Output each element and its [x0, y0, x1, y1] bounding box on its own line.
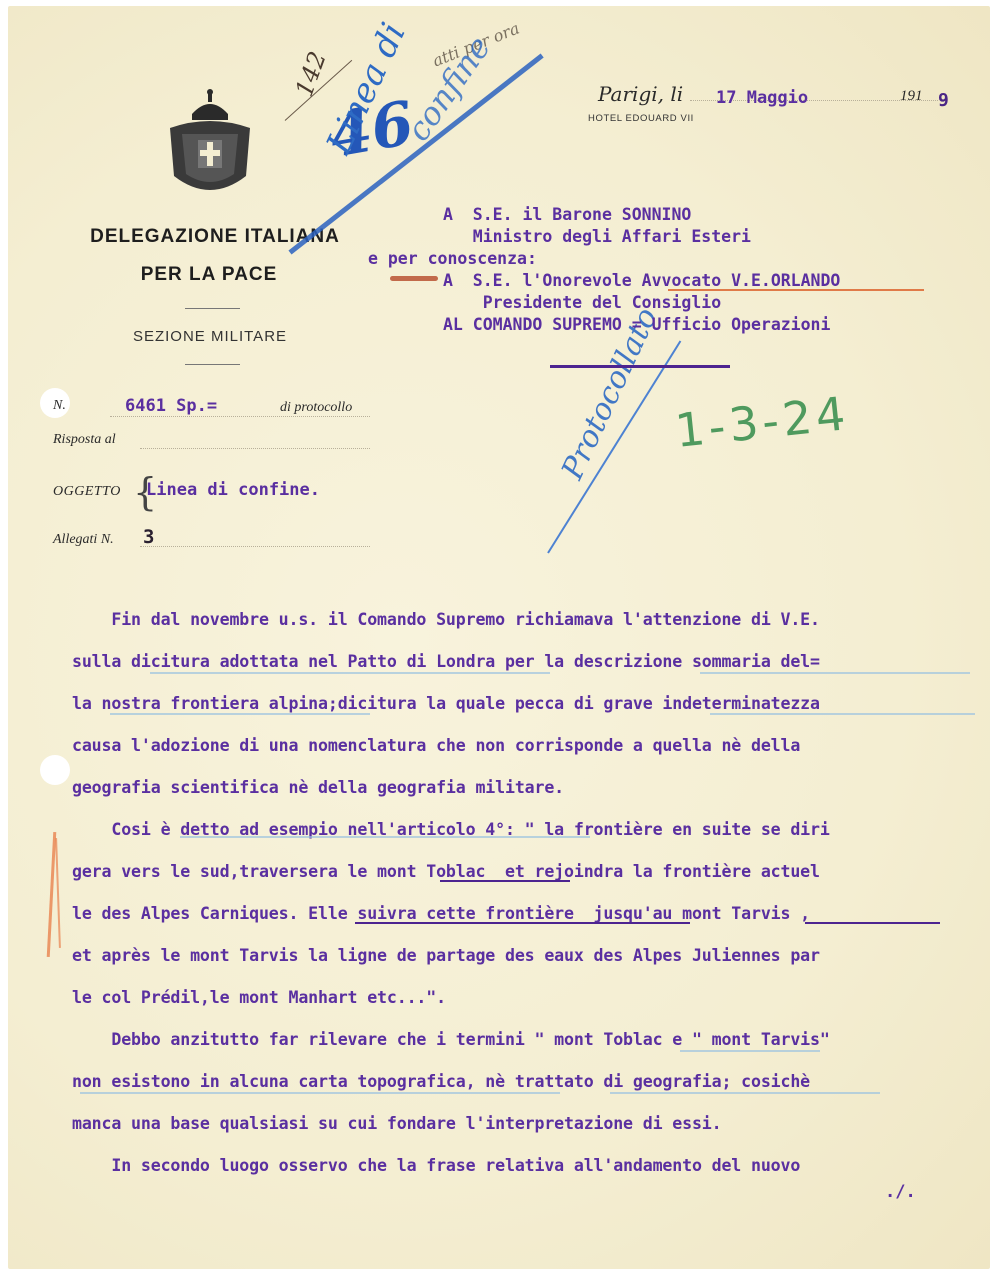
protocol-line	[110, 416, 370, 417]
protocol-label: di protocollo	[280, 400, 352, 416]
body-line: Debbo anzitutto far rilevare che i termi…	[72, 1030, 830, 1049]
blue-underline-mark	[150, 672, 550, 674]
addressee-line: AL COMANDO SUPREMO = Ufficio Operazioni	[368, 314, 840, 336]
blue-underline-mark	[610, 1092, 880, 1094]
attachments-value: 3	[143, 526, 154, 548]
body-line: la nostra frontiera alpina;dicitura la q…	[72, 694, 820, 713]
blue-underline-mark	[700, 672, 970, 674]
closing-rule	[550, 365, 730, 368]
ornament-divider	[185, 364, 240, 365]
body-line: In secondo luogo osservo che la frase re…	[72, 1156, 800, 1175]
year-prefix: 191	[900, 88, 923, 105]
typed-underline	[440, 880, 570, 882]
typed-underline	[355, 922, 690, 924]
blue-underline-mark	[180, 836, 590, 838]
body-line: geografia scientifica nè della geografia…	[72, 778, 564, 797]
body-line: manca una base qualsiasi su cui fondare …	[72, 1114, 721, 1133]
addressee-line: Presidente del Consiglio	[368, 292, 840, 314]
addressee-line: A S.E. il Barone SONNINO	[368, 204, 840, 226]
attachments-line	[140, 546, 370, 547]
continuation-mark: ./.	[885, 1182, 916, 1202]
body-line: causa l'adozione di una nomenclatura che…	[72, 736, 800, 755]
reply-line	[140, 448, 370, 449]
body-line: sulla dicitura adottata nel Patto di Lon…	[72, 652, 820, 671]
red-underline	[668, 289, 924, 291]
org-name-line2: PER LA PACE	[0, 264, 418, 286]
punch-hole	[40, 755, 70, 785]
addressee-block: A S.E. il Barone SONNINO Ministro degli …	[368, 204, 840, 336]
ornament-divider	[185, 308, 240, 309]
body-line: le des Alpes Carniques. Elle suivra cett…	[72, 904, 810, 923]
typed-underline	[805, 922, 940, 924]
org-name-line1: DELEGAZIONE ITALIANA	[0, 226, 430, 248]
place-label: Parigi, li	[598, 82, 683, 106]
blue-underline-mark	[110, 713, 370, 715]
addressee-line: e per conoscenza:	[368, 248, 840, 270]
red-pencil-mark	[390, 276, 438, 281]
year-suffix: 9	[938, 90, 949, 111]
reply-label: Risposta al	[53, 432, 116, 448]
subject-label: OGGETTO	[53, 484, 121, 500]
savoy-coat-of-arms-icon	[162, 84, 258, 202]
blue-underline-mark	[80, 1092, 560, 1094]
section-name: SEZIONE MILITARE	[0, 328, 420, 345]
body-line: Fin dal novembre u.s. il Comando Supremo…	[72, 610, 820, 629]
addressee-line: Ministro degli Affari Esteri	[368, 226, 840, 248]
blue-underline-mark	[680, 1050, 820, 1052]
subject-value: Linea di confine.	[146, 480, 320, 500]
attachments-label: Allegati N.	[53, 532, 114, 548]
hotel-name: HOTEL EDOUARD VII	[588, 113, 694, 124]
number-label: N.	[53, 398, 66, 414]
date-day-month: 17 Maggio	[716, 88, 808, 108]
body-line: non esistono in alcuna carta topografica…	[72, 1072, 810, 1091]
blue-underline-mark	[710, 713, 975, 715]
body-line: le col Prédil,le mont Manhart etc...".	[72, 988, 446, 1007]
body-line: et après le mont Tarvis la ligne de part…	[72, 946, 820, 965]
body-line: gera vers le sud,traversera le mont Tobl…	[72, 862, 820, 881]
protocol-number: 6461 Sp.=	[125, 396, 217, 416]
